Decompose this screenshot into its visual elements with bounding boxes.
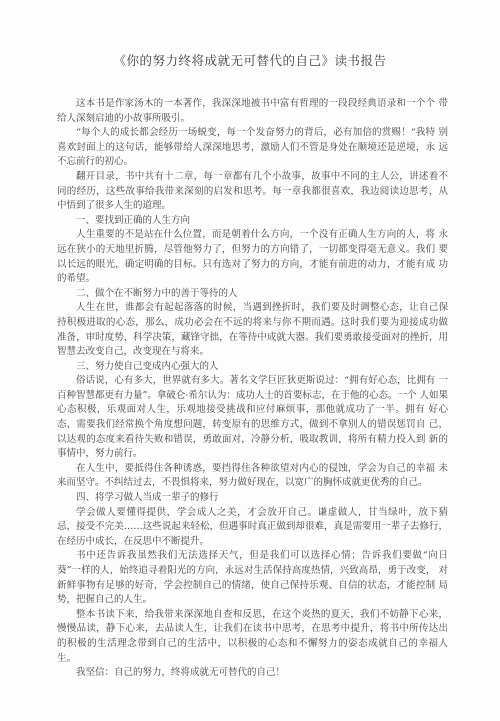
section-heading: 二、做个在不断努力中的善于等待的人 (57, 287, 448, 302)
document-body: 这本书是作家汤木的一本著作，我深深地被书中富有哲理的一段段经典语录和一个个 带给… (57, 97, 448, 681)
paragraph: 人生在世，谁都会有起起落落的时候，当遇到挫折时，我们要及时调整心态，让自己保 持… (57, 301, 448, 359)
paragraph: 学会做人要懂得提供，学会成人之美，才会放开自己。谦虚做人，甘当绿叶，放下猜 忌，… (57, 506, 448, 550)
paragraph: 整本书读下来，给我带来深深地自查和反思，在这个炎热的夏天，我们不妨静下心来， 慢… (57, 608, 448, 666)
paragraph: 在人生中，要抵得住各种诱惑，要挡得住各种欲望对内心的侵蚀，学会为自己的幸福 未来… (57, 462, 448, 491)
paragraph: 翻开目录，书中共有十二章，每一章都有几个小故事，故事中不同的主人公，讲述着不 同… (57, 170, 448, 214)
paragraph: 这本书是作家汤木的一本著作，我深深地被书中富有哲理的一段段经典语录和一个个 带给… (57, 97, 448, 126)
section-heading: 一、要找到正确的人生方向 (57, 214, 448, 229)
paragraph: “每个人的成长都会经历一场蜕变，每一个发奋努力的背后，必有加倍的赏赐！“我特 别… (57, 126, 448, 170)
document-title: 《你的努力终将成就无可替代的自己》读书报告 (0, 52, 500, 69)
paragraph: 人生重要的不是站在什么位置，而是朝着什么方向，一个没有正确人生方向的人，将 永远… (57, 228, 448, 286)
section-heading: 三、努力使自己变成内心强大的人 (57, 360, 448, 375)
document-page: 《你的努力终将成就无可替代的自己》读书报告 这本书是作家汤木的一本著作，我深深地… (0, 0, 500, 721)
paragraph: 我坚信：自己的努力，终将成就无可替代的自己！ (57, 666, 448, 681)
paragraph: 书中还告诉我虽然我们无法选择天气，但是我们可以选择心情；告诉我们要做“向日 葵”… (57, 549, 448, 607)
section-heading: 四、将学习做人当成一辈子的修行 (57, 491, 448, 506)
paragraph: 俗话说，心有多大，世界就有多大。著名文学巨匠狄更斯说过：“拥有好心态，比拥有 一… (57, 374, 448, 462)
